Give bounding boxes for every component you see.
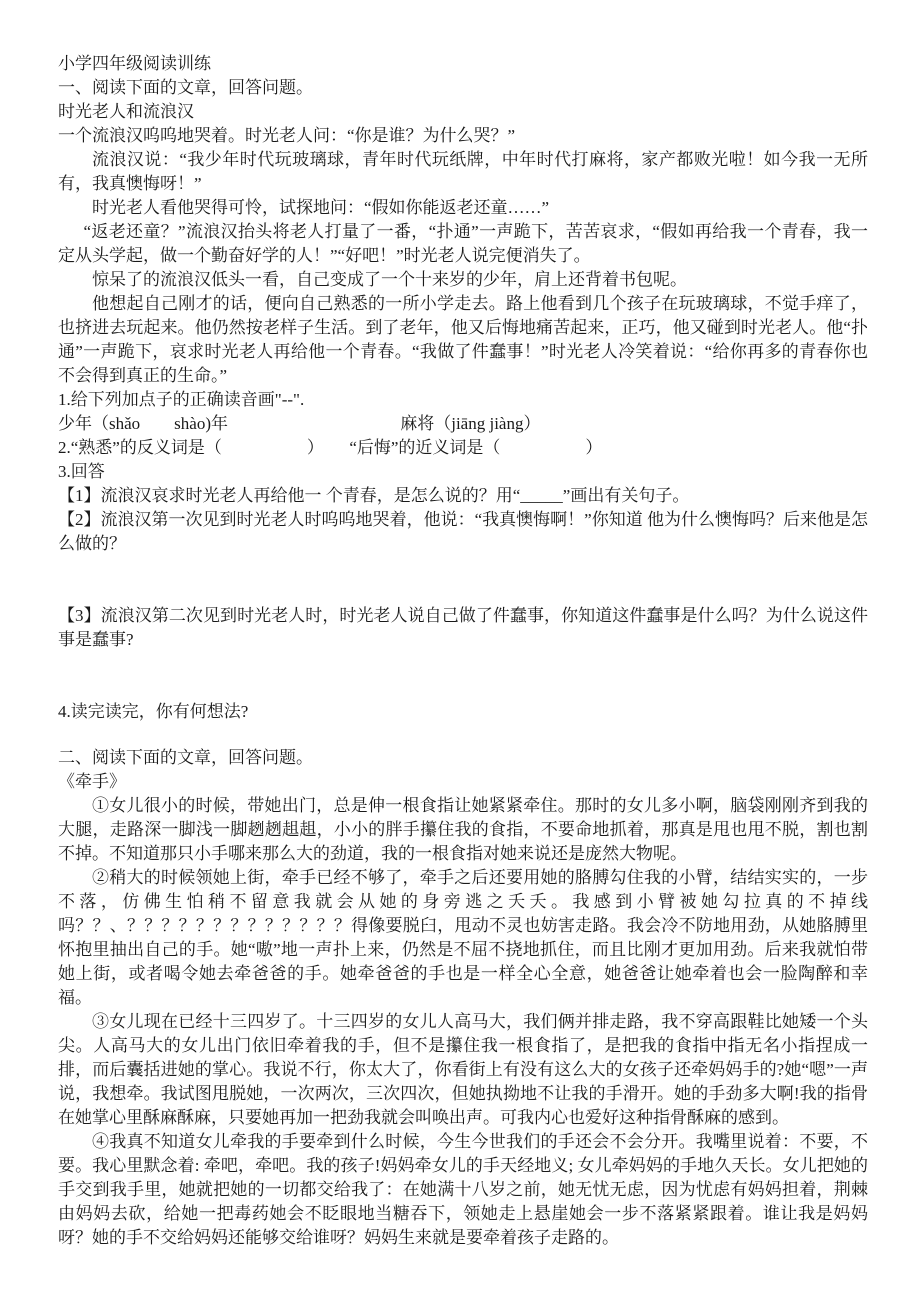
passage2-paragraph-3: ③女儿现在已经十三四岁了。十三四岁的女儿人高马大，我们俩并排走路，我不穿高跟鞋比…: [58, 1010, 868, 1130]
passage1-paragraph-5: 惊呆了的流浪汉低头一看，自己变成了一个十来岁的少年，肩上还背着书包呢。: [58, 268, 868, 292]
pinyin-item-majiang: 麻将（jiāng jiàng）: [400, 414, 540, 433]
question-1: 1.给下列加点子的正确读音画"--".: [58, 388, 868, 412]
passage1-title: 时光老人和流浪汉: [58, 100, 868, 124]
section2-heading: 二、阅读下面的文章，回答问题。: [58, 746, 868, 770]
passage1-paragraph-4: “返老还童？”流浪汉抬头将老人打量了一番，“扑通”一声跪下，苦苦哀求，“假如再给…: [58, 220, 868, 268]
question-3-sub1: 【1】流浪汉哀求时光老人再给他一 个青春，是怎么说的？用“_____”画出有关句…: [58, 484, 868, 508]
doc-title: 小学四年级阅读训练: [58, 52, 868, 76]
passage1-paragraph-6: 他想起自己刚才的话，便向自己熟悉的一所小学走去。路上他看到几个孩子在玩玻璃球，不…: [58, 292, 868, 388]
pinyin-item-shaonian: 少年（shǎo shào)年: [58, 414, 228, 433]
passage1-paragraph-2: 流浪汉说：“我少年时代玩玻璃球，青年时代玩纸牌，中年时代打麻将，家产都败光啦！如…: [58, 148, 868, 196]
question-4: 4.读完读完，你有何想法?: [58, 700, 868, 724]
passage2-paragraph-2: ②稍大的时候领她上街，牵手已经不够了，牵手之后还要用她的胳膊勾住我的小臂，结结实…: [58, 866, 868, 1010]
question-3: 3.回答: [58, 460, 868, 484]
question-1-items: 少年（shǎo shào)年 麻将（jiāng jiàng）: [58, 412, 868, 436]
passage1-paragraph-3: 时光老人看他哭得可怜，试探地问：“假如你能返老还童……”: [58, 196, 868, 220]
passage2-title: 《牵手》: [58, 770, 868, 794]
question-3-sub2: 【2】流浪汉第一次见到时光老人时呜呜地哭着，他说：“我真懊悔啊！”你知道 他为什…: [58, 508, 868, 556]
document-page: 小学四年级阅读训练 一、阅读下面的文章，回答问题。 时光老人和流浪汉 一个流浪汉…: [0, 0, 920, 1302]
passage1-paragraph-1: 一个流浪汉呜呜地哭着。时光老人问：“你是谁？为什么哭？”: [58, 124, 868, 148]
question-2: 2.“熟悉”的反义词是（ ） “后悔”的近义词是（ ）: [58, 436, 868, 460]
passage2-paragraph-4: ④我真不知道女儿牵我的手要牵到什么时候，今生今世我们的手还会不会分开。我嘴里说着…: [58, 1130, 868, 1250]
section1-heading: 一、阅读下面的文章，回答问题。: [58, 76, 868, 100]
passage2-paragraph-1: ①女儿很小的时候，带她出门，总是伸一根食指让她紧紧牵住。那时的女儿多小啊，脑袋刚…: [58, 794, 868, 866]
question-3-sub3: 【3】流浪汉第二次见到时光老人时，时光老人说自己做了件蠢事，你知道这件蠢事是什么…: [58, 604, 868, 652]
